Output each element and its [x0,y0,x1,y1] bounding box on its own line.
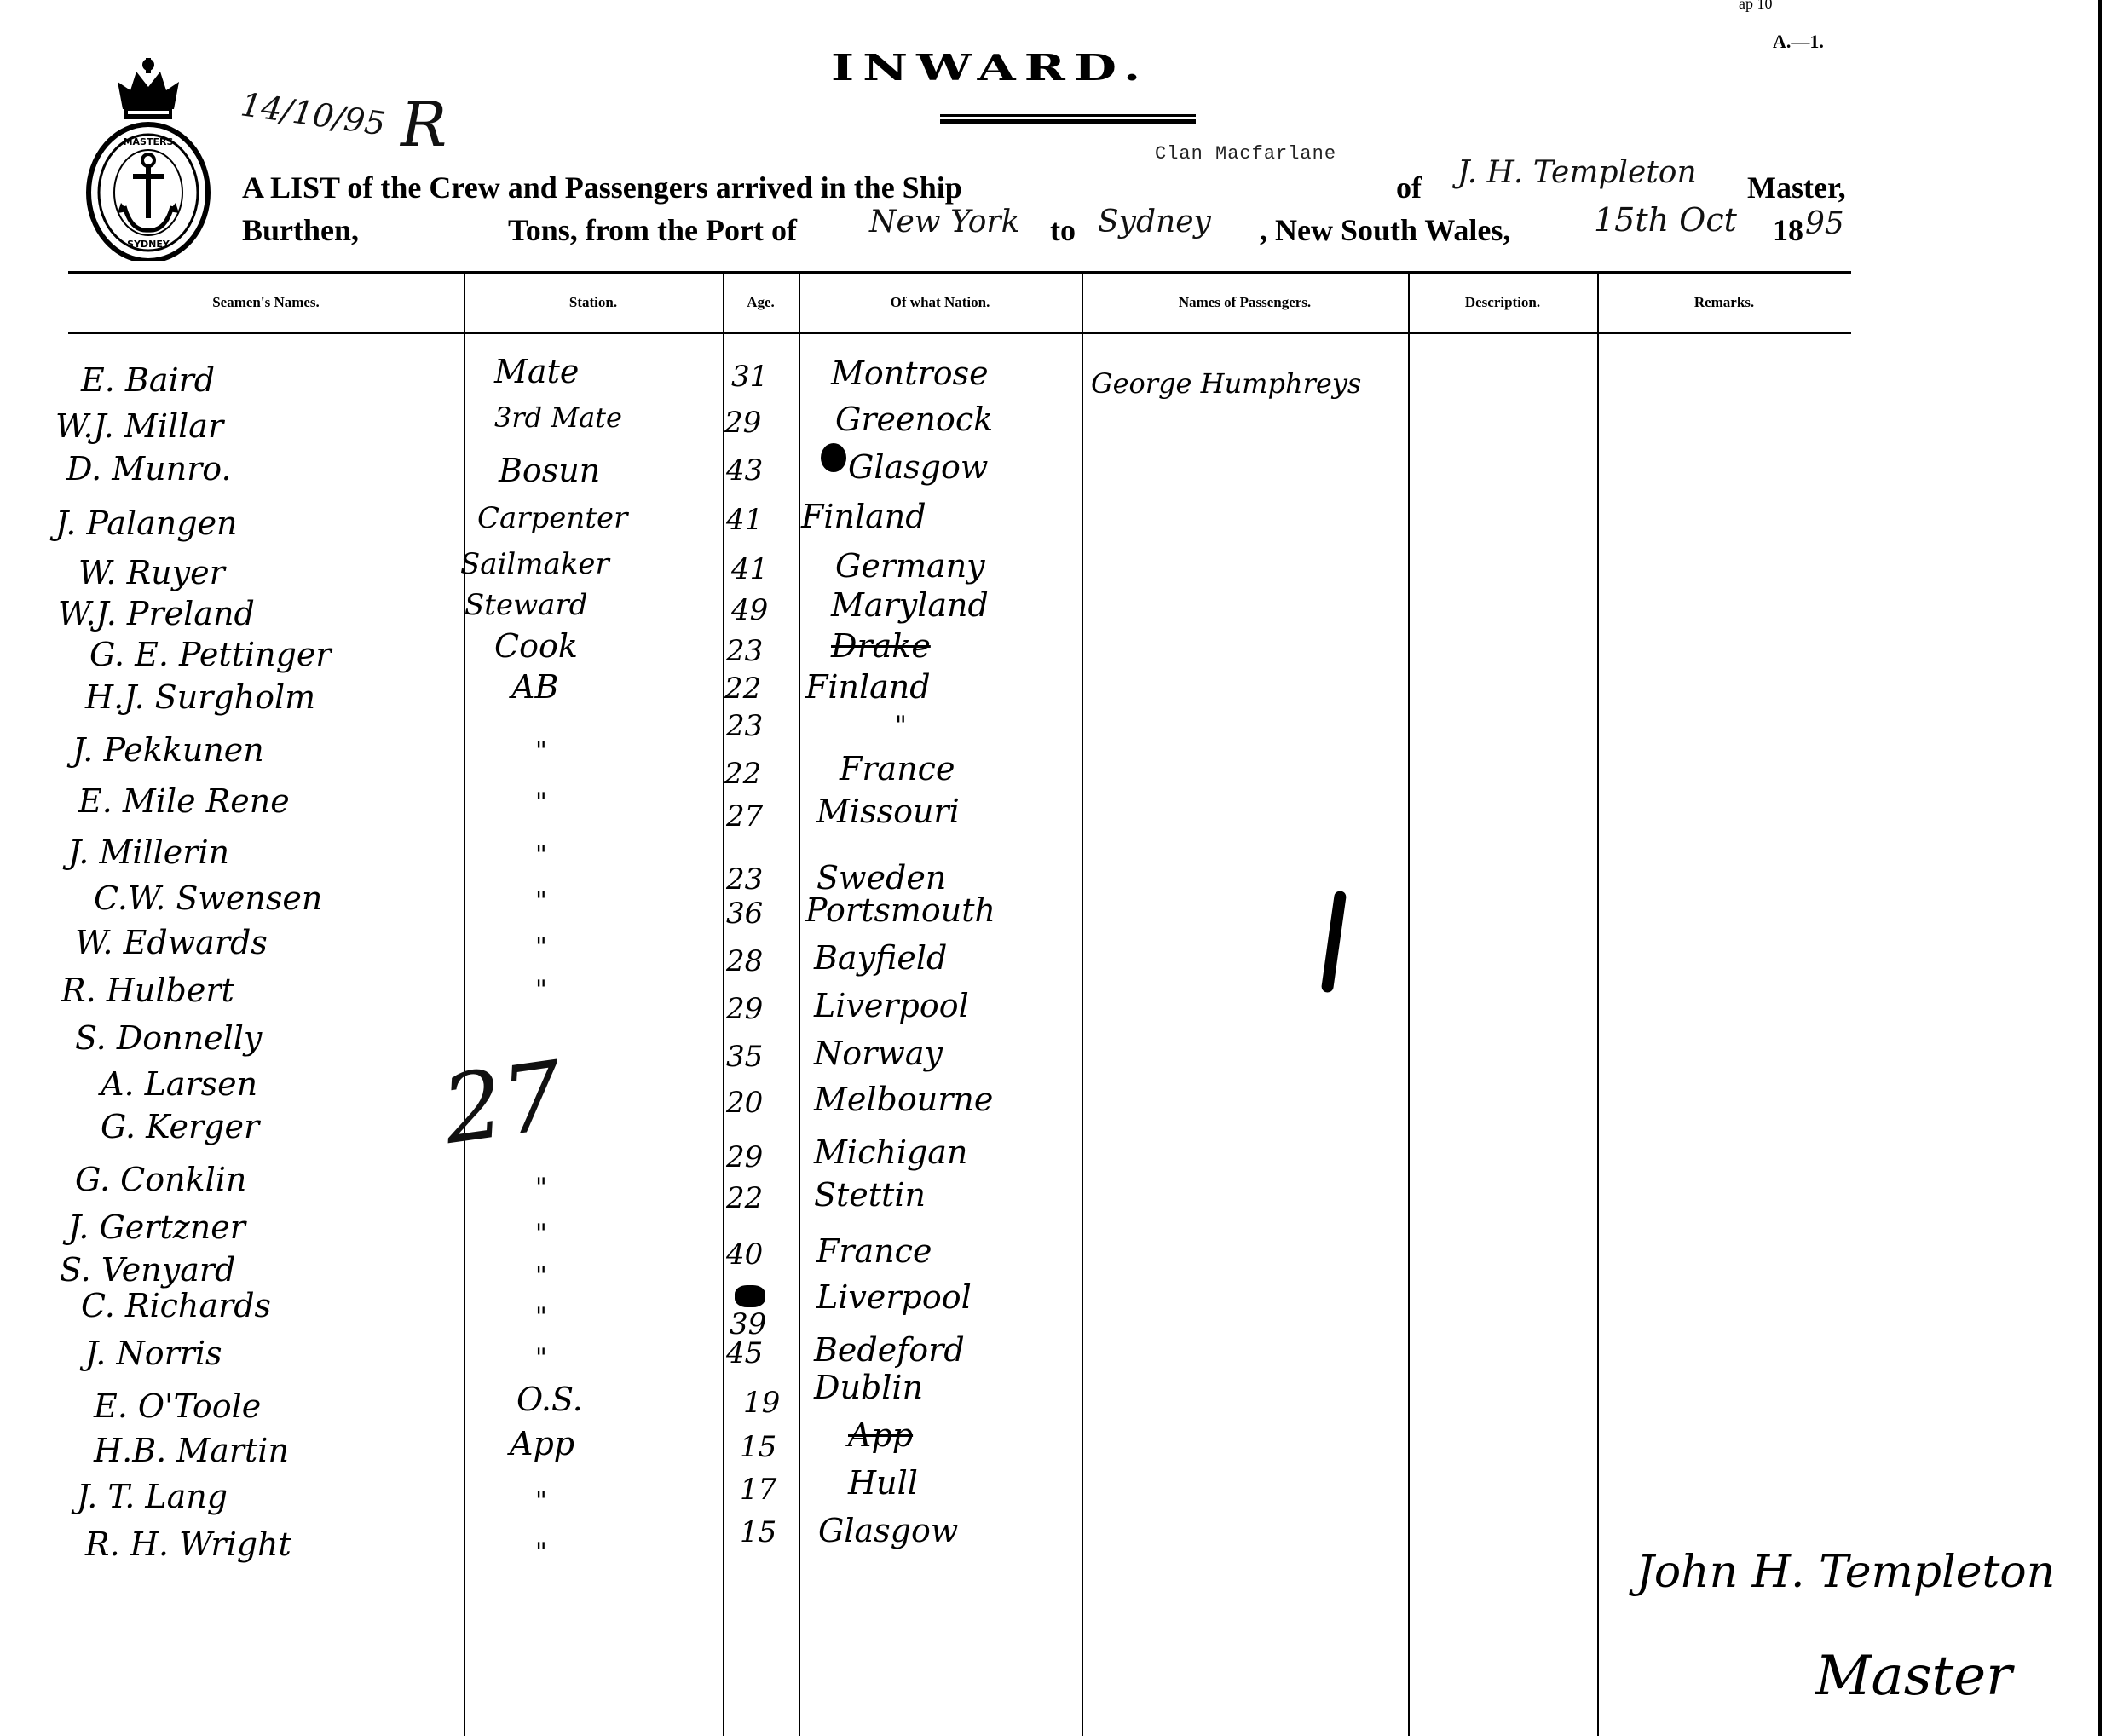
seaman-nation: Hull [848,1464,918,1502]
seaman-nation: Finland [801,498,926,535]
seaman-station-ditto: " [535,1299,547,1336]
seaman-name: E. Baird [81,361,215,399]
seaman-age: 22 [726,1179,763,1217]
seaman-age: 19 [743,1384,780,1422]
seaman-age: 22 [724,670,761,707]
seaman-name: S. Donnelly [75,1019,262,1057]
seaman-station-ditto: " [535,733,547,770]
seaman-nation: Bayfield [814,939,947,977]
seaman-name: H.B. Martin [94,1432,289,1469]
arrival-date-handwritten: 15th Oct [1594,201,1737,239]
master-label: Master, [1747,170,1846,205]
svg-text:SYDNEY: SYDNEY [127,239,170,250]
seaman-name: W. Edwards [75,924,268,961]
page-edge [2098,0,2102,1736]
list-heading-line1: A LIST of the Crew and Passengers arrive… [242,170,962,205]
seaman-name: G. E. Pettinger [89,636,332,673]
seaman-name: C.W. Swensen [94,880,322,917]
seaman-name: J. Pekkunen [72,731,264,769]
seaman-nation: Melbourne [814,1081,993,1118]
column-divider [799,274,800,1736]
seaman-nation: Michigan [814,1133,967,1171]
seaman-nation: Portsmouth [805,891,995,929]
registry-date: 14/10/95 [239,85,388,142]
seaman-station: Steward [464,586,587,624]
seaman-station-ditto: " [535,784,547,822]
tons-from-port-label: Tons, from the Port of [508,213,797,247]
column-header-remarks: Remarks. [1597,294,1851,311]
seaman-name: D. Munro. [66,450,232,487]
seaman-age: 23 [726,861,763,898]
seaman-age: 29 [726,990,763,1028]
seaman-age: 41 [726,501,763,539]
seaman-name: W. Ruyer [78,554,225,591]
seaman-nation: Glasgow [848,448,988,486]
of-label: of [1396,170,1422,205]
title-underline-lower [940,119,1196,124]
seaman-age: 31 [731,358,768,395]
master-name-handwritten: J. H. Templeton [1457,155,1697,190]
seaman-station: Mate [494,353,579,390]
seaman-nation-struck: App [848,1416,913,1454]
state-label: , New South Wales, [1260,213,1510,247]
seaman-station: Carpenter [477,499,627,537]
column-header-age: Age. [723,294,799,311]
seaman-name: J. T. Lang [77,1478,228,1515]
seaman-nation: Liverpool [816,1278,972,1316]
seaman-age: 29 [726,1139,763,1176]
seaman-age: 17 [740,1471,776,1508]
seaman-station: O.S. [516,1381,583,1418]
burthen-label: Burthen, [242,213,359,247]
seaman-name: A. Larsen [101,1065,257,1103]
seaman-name: G. Kerger [101,1108,259,1145]
seaman-name: W.J. Preland [58,595,255,632]
seaman-age: 23 [726,707,763,745]
seaman-name: S. Venyard [60,1251,235,1289]
seaman-age: 27 [726,798,763,835]
ink-blot-struck-age [735,1285,765,1307]
seaman-station: Bosun [499,452,600,489]
seaman-name: J. Millerin [68,833,229,871]
seaman-station-ditto: " [535,883,547,920]
title-underline-upper [940,114,1196,117]
seaman-age: 28 [726,943,763,980]
seaman-name: J. Gertzner [68,1208,245,1246]
seaman-station-ditto: " [535,1215,547,1253]
ship-name: Clan Macfarlane [1155,143,1336,164]
crown-anchor-crest-icon: MASTERS SYDNEY [84,56,213,261]
seaman-station-ditto: " [535,837,547,874]
seaman-name: E. O'Toole [94,1387,261,1425]
seaman-nation-struck: Drake [831,627,931,665]
seaman-age: 40 [726,1236,763,1273]
seaman-age: 36 [726,895,763,932]
seaman-name: C. Richards [81,1287,271,1324]
corner-annotation: ap 10 [1739,0,1773,13]
from-port-handwritten: New York [869,205,1019,239]
column-header-nation: Of what Nation. [799,294,1082,311]
seaman-station: Cook [494,627,578,665]
to-port-handwritten: Sydney [1098,205,1211,239]
seaman-age: 41 [731,551,768,588]
seaman-nation: Finland [805,668,931,706]
seaman-station-ditto: " [535,972,547,1009]
seaman-station-ditto: " [535,1258,547,1295]
seaman-age: 20 [726,1084,763,1122]
column-header-station: Station. [464,294,723,311]
column-header-description: Description. [1408,294,1597,311]
seaman-nation: Montrose [831,355,989,392]
seaman-age: 22 [724,755,761,793]
page-title: INWARD. [831,49,1308,86]
seaman-station-ditto: " [535,1483,547,1520]
seaman-name: E. Mile Rene [78,782,290,820]
seaman-station: AB [511,668,558,706]
seaman-station: Sailmaker [460,545,609,583]
seaman-age: 23 [726,632,763,670]
column-divider [723,274,724,1736]
seaman-age: 49 [731,591,768,629]
seaman-nation: Greenock [835,401,993,438]
pen-stroke-mark [1321,891,1347,994]
seaman-name: H.J. Surgholm [85,678,315,716]
seaman-station-ditto: " [535,1534,547,1572]
svg-text:MASTERS: MASTERS [124,136,174,147]
seaman-name: G. Conklin [75,1161,246,1198]
master-signature-title: Master [1815,1645,2012,1708]
seaman-station-ditto: " [535,1340,547,1377]
column-header-passengers: Names of Passengers. [1082,294,1408,311]
seaman-nation: Bedeford [814,1331,965,1369]
registry-initials: R [401,89,447,160]
form-reference: A.—1. [1773,31,1824,53]
seaman-nation: Liverpool [814,987,969,1024]
ink-blot [821,443,846,472]
column-divider [1597,274,1599,1736]
column-divider [1408,274,1410,1736]
seaman-nation: Glasgow [818,1512,958,1549]
seaman-nation: Missouri [816,793,960,830]
seaman-age: 15 [740,1514,776,1551]
seaman-station: 3rd Mate [494,399,622,436]
seaman-nation: Germany [835,547,985,585]
seaman-nation: Norway [814,1035,943,1072]
seaman-station: App [510,1425,574,1462]
seaman-station-ditto: " [535,1169,547,1207]
seaman-age: 29 [724,404,761,441]
table-header-rule [68,332,1851,334]
crew-count-tally: 27 [436,1041,569,1165]
to-label: to [1050,213,1076,247]
seaman-nation-ditto: " [895,707,907,745]
shipping-masters-crest: MASTERS SYDNEY [84,56,213,261]
seaman-name: R. H. Wright [85,1525,291,1563]
seaman-name: J. Norris [85,1335,222,1372]
seaman-nation: Dublin [814,1369,923,1406]
column-divider [464,274,465,1736]
year-suffix-handwritten: 95 [1805,206,1844,241]
seaman-nation: Stettin [814,1176,926,1214]
seaman-name: J. Palangen [55,505,238,542]
year-prefix: 18 [1773,213,1803,247]
seaman-name: R. Hulbert [61,972,234,1009]
master-signature: John H. Templeton [1636,1547,2055,1598]
seaman-age: 15 [740,1428,776,1466]
seaman-nation: France [816,1232,932,1270]
seaman-station-ditto: " [535,929,547,966]
table-top-rule [68,271,1851,274]
seaman-nation: France [840,750,955,787]
seaman-age: 35 [726,1038,763,1076]
seaman-nation: Maryland [831,586,989,624]
seaman-age: 45 [726,1335,763,1372]
passenger-name: George Humphreys [1091,365,1361,402]
column-header-seamens-names: Seamen's Names. [68,294,464,311]
seaman-age: 43 [726,452,763,489]
seaman-name: W.J. Millar [55,407,223,445]
column-divider [1082,274,1083,1736]
